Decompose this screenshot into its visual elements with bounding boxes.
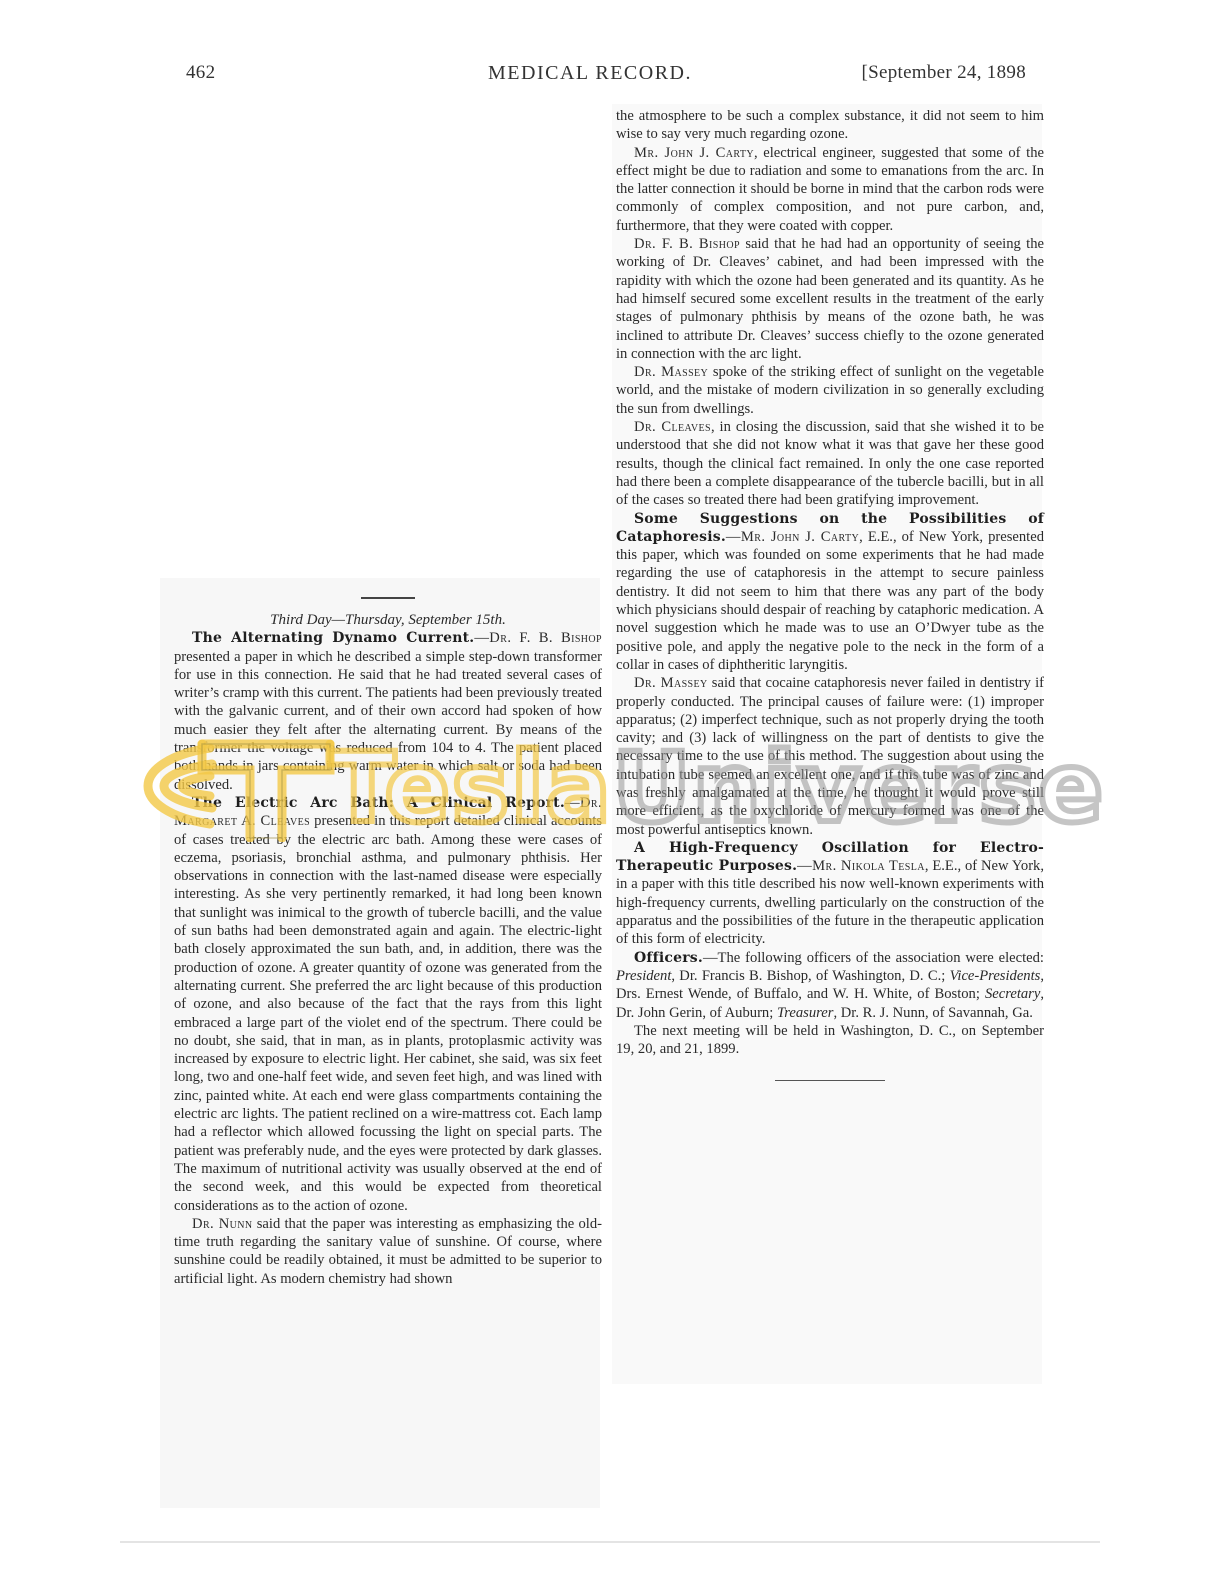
speaker-name: Dr. Nunn (192, 1216, 253, 1232)
paragraph-text: presented a paper in which he described … (174, 649, 602, 793)
role-vice-presidents: Vice-Presidents (950, 968, 1041, 984)
role-secretary: Secretary (985, 986, 1040, 1002)
paragraph-text: , Dr. R. J. Nunn, of Savannah, Ga. (833, 1005, 1032, 1021)
issue-date: [September 24, 1898 (861, 62, 1026, 84)
paragraph-text: , E.E., of New York, presented this pape… (616, 529, 1044, 673)
paragraph-officers: Officers.—The following officers of the … (616, 949, 1044, 1022)
left-column: Third Day—Thursday, September 15th. The … (174, 597, 602, 1288)
paragraph-massey-cocaine: Dr. Massey said that cocaine cataphoresi… (616, 674, 1044, 839)
speaker-name: Dr. Massey (634, 364, 708, 380)
page-number: 462 (186, 62, 215, 84)
paragraph-massey-remarks: Dr. Massey spoke of the striking effect … (616, 363, 1044, 418)
paragraph-text: , Dr. Francis B. Bishop, of Washington, … (671, 968, 949, 984)
section-divider (361, 597, 415, 599)
speaker-name: Dr. Massey (634, 675, 708, 691)
paragraph-text: said that he had had an opportunity of s… (616, 236, 1044, 362)
paragraph-carty-remarks: Mr. John J. Carty, electrical engineer, … (616, 144, 1044, 235)
paragraph-tesla-high-frequency: A High-Frequency Oscillation for Electro… (616, 839, 1044, 949)
speaker-name: —Mr. John J. Carty (726, 529, 859, 545)
paragraph-text: —The following officers of the associati… (703, 950, 1044, 966)
paragraph-text: said that cocaine cataphoresis never fai… (616, 675, 1044, 837)
paragraph-cleaves-closing: Dr. Cleaves, in closing the discussion, … (616, 418, 1044, 509)
article-heading: The Alternating Dynamo Current. (192, 630, 474, 646)
paragraph-electric-arc-bath: The Electric Arc Bath: A Clinical Report… (174, 794, 602, 1215)
paragraph-cataphoresis: Some Suggestions on the Possibilities of… (616, 510, 1044, 675)
paragraph-nunn: Dr. Nunn said that the paper was interes… (174, 1215, 602, 1288)
end-rule (775, 1080, 885, 1081)
paragraph-continued: the atmosphere to be such a complex subs… (616, 107, 1044, 144)
paragraph-next-meeting: The next meeting will be held in Washing… (616, 1022, 1044, 1059)
page-bottom-edge (120, 1541, 1100, 1543)
speaker-name: Mr. John J. Carty (634, 145, 754, 161)
speaker-name: —Mr. Nikola Tesla (797, 858, 925, 874)
paragraph-bishop-remarks: Dr. F. B. Bishop said that he had had an… (616, 235, 1044, 363)
running-header: 462 MEDICAL RECORD. [September 24, 1898 (186, 60, 1026, 90)
role-treasurer: Treasurer (777, 1005, 834, 1021)
paragraph-alternating-current: The Alternating Dynamo Current.—Dr. F. B… (174, 629, 602, 794)
section-title: Third Day—Thursday, September 15th. (174, 611, 602, 629)
paragraph-text: presented in this report detailed clinic… (174, 813, 602, 1213)
article-heading: Officers. (634, 950, 703, 966)
role-president: President (616, 968, 671, 984)
speaker-name: —Dr. F. B. Bishop (474, 630, 602, 646)
journal-title: MEDICAL RECORD. (488, 62, 692, 85)
article-heading: The Electric Arc Bath: A Clinical Report… (192, 795, 565, 811)
speaker-name: Dr. F. B. Bishop (634, 236, 740, 252)
right-column: the atmosphere to be such a complex subs… (616, 107, 1044, 1081)
speaker-name: Dr. Cleaves (634, 419, 711, 435)
